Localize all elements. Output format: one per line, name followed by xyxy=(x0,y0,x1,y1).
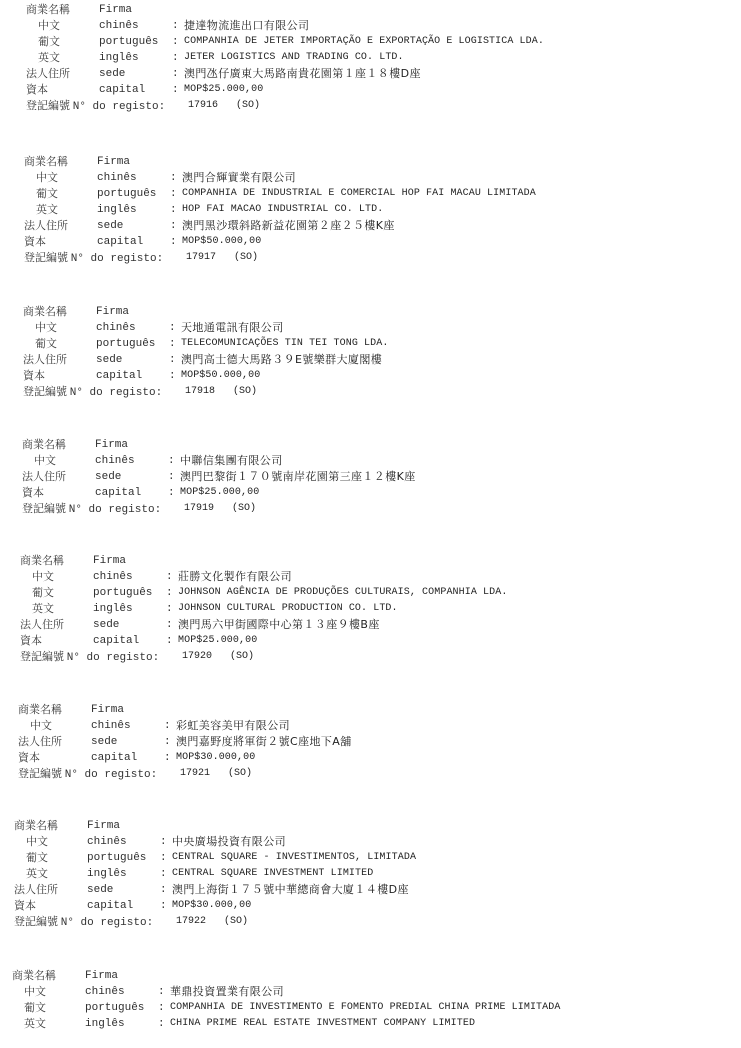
firm-label-zh: 商業名稱 xyxy=(20,553,64,569)
chinese-name-row: 中文chinês:捷達物流進出口有限公司 xyxy=(26,18,741,34)
colon: : xyxy=(166,633,173,649)
seat-label-pt: sede xyxy=(87,882,113,898)
registry-row: 登記編號 N° do registo:17920(SO) xyxy=(20,649,740,665)
firm-heading: 商業名稱Firma xyxy=(22,437,741,453)
colon: : xyxy=(160,866,167,882)
chinese-label-pt: chinês xyxy=(85,984,125,1000)
portuguese-label-zh: 葡文 xyxy=(38,34,60,50)
firm-label-pt: Firma xyxy=(97,154,130,170)
portuguese-name-value: CENTRAL SQUARE - INVESTIMENTOS, LIMITADA xyxy=(172,850,416,866)
chinese-name-value: 中央廣場投資有限公司 xyxy=(172,834,286,850)
portuguese-name-value: JOHNSON AGÊNCIA DE PRODUÇÕES CULTURAIS, … xyxy=(178,585,507,601)
seat-label-zh: 法人住所 xyxy=(26,66,70,82)
chinese-label-zh: 中文 xyxy=(35,320,57,336)
seat-value: 澳門馬六甲街國際中心第１３座９樓B座 xyxy=(178,617,380,633)
capital-value: MOP$30.000,00 xyxy=(176,750,255,766)
capital-row: 資本capital:MOP$25.000,00 xyxy=(22,485,741,501)
chinese-name-row: 中文chinês:天地通電訊有限公司 xyxy=(23,320,741,336)
chinese-label-pt: chinês xyxy=(96,320,136,336)
portuguese-label-zh: 葡文 xyxy=(32,585,54,601)
english-label-pt: inglês xyxy=(87,866,127,882)
portuguese-name-row: 葡文português:COMPANHIA DE INDUSTRIAL E CO… xyxy=(24,186,741,202)
english-label-pt: inglês xyxy=(99,50,139,66)
firm-label-pt: Firma xyxy=(91,702,124,718)
colon: : xyxy=(160,834,167,850)
capital-label-zh: 資本 xyxy=(23,368,45,384)
colon: : xyxy=(170,234,177,250)
firm-label-pt: Firma xyxy=(95,437,128,453)
colon: : xyxy=(170,202,177,218)
colon: : xyxy=(169,368,176,384)
registry-row: 登記編號 N° do registo:17918(SO) xyxy=(23,384,741,400)
colon: : xyxy=(160,850,167,866)
firm-heading: 商業名稱Firma xyxy=(24,154,741,170)
registry-tag: (SO) xyxy=(236,98,260,114)
colon: : xyxy=(160,882,167,898)
firm-heading: 商業名稱Firma xyxy=(26,2,741,18)
registry-label-zh: 登記編號 xyxy=(24,251,68,264)
chinese-label-zh: 中文 xyxy=(30,718,52,734)
registry-label-zh: 登記編號 xyxy=(20,650,64,663)
portuguese-label-zh: 葡文 xyxy=(26,850,48,866)
colon: : xyxy=(169,352,176,368)
colon: : xyxy=(172,66,179,82)
capital-value: MOP$25.000,00 xyxy=(178,633,257,649)
portuguese-label-zh: 葡文 xyxy=(35,336,57,352)
registry-number: 17916 xyxy=(188,98,218,114)
seat-value: 澳門嘉野度將軍街２號C座地下A舖 xyxy=(176,734,352,750)
seat-label-pt: sede xyxy=(99,66,125,82)
registry-tag: (SO) xyxy=(232,501,256,517)
colon: : xyxy=(164,718,171,734)
colon: : xyxy=(164,734,171,750)
registry-tag: (SO) xyxy=(224,914,248,930)
company-entry-17920: 商業名稱Firma 中文chinês:莊勝文化製作有限公司 葡文portuguê… xyxy=(20,553,740,665)
company-entry-17918: 商業名稱Firma 中文chinês:天地通電訊有限公司 葡文português… xyxy=(23,304,741,400)
colon: : xyxy=(166,585,173,601)
registry-label: 登記編號 N° do registo: xyxy=(23,384,162,401)
portuguese-name-value: COMPANHIA DE INDUSTRIAL E COMERCIAL HOP … xyxy=(182,186,536,202)
firm-label-pt: Firma xyxy=(99,2,132,18)
capital-label-zh: 資本 xyxy=(20,633,42,649)
firm-label-zh: 商業名稱 xyxy=(18,702,62,718)
capital-label-zh: 資本 xyxy=(14,898,36,914)
registry-number: 17917 xyxy=(186,250,216,266)
registry-label-pt: N° do registo: xyxy=(61,917,153,929)
registry-label-zh: 登記編號 xyxy=(26,99,70,112)
firm-label-zh: 商業名稱 xyxy=(14,818,58,834)
firm-label-pt: Firma xyxy=(87,818,120,834)
portuguese-name-row: 葡文português:TELECOMUNICAÇÕES TIN TEI TON… xyxy=(23,336,741,352)
colon: : xyxy=(166,601,173,617)
chinese-label-zh: 中文 xyxy=(38,18,60,34)
colon: : xyxy=(169,336,176,352)
portuguese-name-row: 葡文português:JOHNSON AGÊNCIA DE PRODUÇÕES… xyxy=(20,585,740,601)
chinese-label-zh: 中文 xyxy=(34,453,56,469)
capital-label-zh: 資本 xyxy=(24,234,46,250)
colon: : xyxy=(158,1016,165,1032)
chinese-name-row: 中文chinês:中央廣場投資有限公司 xyxy=(14,834,734,850)
portuguese-label-pt: português xyxy=(99,34,158,50)
colon: : xyxy=(168,485,175,501)
chinese-name-value: 澳門合輝實業有限公司 xyxy=(182,170,296,186)
seat-label-pt: sede xyxy=(91,734,117,750)
colon: : xyxy=(158,984,165,1000)
chinese-label-pt: chinês xyxy=(99,18,139,34)
chinese-name-value: 中聯信集團有限公司 xyxy=(180,453,283,469)
english-name-value: JOHNSON CULTURAL PRODUCTION CO. LTD. xyxy=(178,601,398,617)
company-entry-china-prime: 商業名稱Firma 中文chinês:華鼎投資置業有限公司 葡文portuguê… xyxy=(12,968,732,1032)
company-entry-17922: 商業名稱Firma 中文chinês:中央廣場投資有限公司 葡文portuguê… xyxy=(14,818,734,930)
firm-heading: 商業名稱Firma xyxy=(14,818,734,834)
english-name-row: 英文inglês:CHINA PRIME REAL ESTATE INVESTM… xyxy=(12,1016,732,1032)
chinese-name-value: 彩虹美容美甲有限公司 xyxy=(176,718,290,734)
capital-label-pt: capital xyxy=(93,633,139,649)
registry-label: 登記編號 N° do registo: xyxy=(26,98,165,115)
colon: : xyxy=(172,18,179,34)
seat-label-zh: 法人住所 xyxy=(23,352,67,368)
chinese-name-value: 天地通電訊有限公司 xyxy=(181,320,284,336)
chinese-label-zh: 中文 xyxy=(36,170,58,186)
registry-label-zh: 登記編號 xyxy=(22,502,66,515)
chinese-label-pt: chinês xyxy=(95,453,135,469)
chinese-label-zh: 中文 xyxy=(26,834,48,850)
registry-tag: (SO) xyxy=(233,384,257,400)
capital-label-zh: 資本 xyxy=(26,82,48,98)
registry-number: 17919 xyxy=(184,501,214,517)
seat-value: 澳門巴黎街１７０號南岸花園第三座１２樓K座 xyxy=(180,469,416,485)
english-name-row: 英文inglês:HOP FAI MACAO INDUSTRIAL CO. LT… xyxy=(24,202,741,218)
company-entry-17917: 商業名稱Firma 中文chinês:澳門合輝實業有限公司 葡文portuguê… xyxy=(24,154,741,266)
firm-label-pt: Firma xyxy=(96,304,129,320)
chinese-label-zh: 中文 xyxy=(24,984,46,1000)
seat-row: 法人住所sede:澳門上海街１７５號中華總商會大廈１４樓D座 xyxy=(14,882,734,898)
capital-value: MOP$25.000,00 xyxy=(184,82,263,98)
capital-label-pt: capital xyxy=(95,485,141,501)
chinese-label-pt: chinês xyxy=(93,569,133,585)
seat-row: 法人住所sede:澳門巴黎街１７０號南岸花園第三座１２樓K座 xyxy=(22,469,741,485)
capital-value: MOP$50.000,00 xyxy=(182,234,261,250)
chinese-label-pt: chinês xyxy=(87,834,127,850)
english-label-pt: inglês xyxy=(85,1016,125,1032)
seat-label-pt: sede xyxy=(95,469,121,485)
portuguese-name-row: 葡文português:CENTRAL SQUARE - INVESTIMENT… xyxy=(14,850,734,866)
firm-label-pt: Firma xyxy=(93,553,126,569)
capital-label-zh: 資本 xyxy=(22,485,44,501)
firm-heading: 商業名稱Firma xyxy=(12,968,732,984)
registry-label-pt: N° do registo: xyxy=(71,253,163,265)
registry-label-pt: N° do registo: xyxy=(70,387,162,399)
registry-label: 登記編號 N° do registo: xyxy=(24,250,163,267)
portuguese-label-pt: português xyxy=(87,850,146,866)
firm-label-zh: 商業名稱 xyxy=(12,968,56,984)
chinese-name-row: 中文chinês:莊勝文化製作有限公司 xyxy=(20,569,740,585)
colon: : xyxy=(170,170,177,186)
firm-label-zh: 商業名稱 xyxy=(22,437,66,453)
portuguese-name-value: TELECOMUNICAÇÕES TIN TEI TONG LDA. xyxy=(181,336,388,352)
registry-label-zh: 登記編號 xyxy=(14,915,58,928)
registry-label-zh: 登記編號 xyxy=(18,767,62,780)
english-name-row: 英文inglês:CENTRAL SQUARE INVESTMENT LIMIT… xyxy=(14,866,734,882)
registry-label-pt: N° do registo: xyxy=(67,652,159,664)
english-name-value: JETER LOGISTICS AND TRADING CO. LTD. xyxy=(184,50,404,66)
colon: : xyxy=(172,34,179,50)
english-label-pt: inglês xyxy=(97,202,137,218)
colon: : xyxy=(166,569,173,585)
seat-row: 法人住所sede:澳門氹仔廣東大馬路南貴花園第１座１８樓D座 xyxy=(26,66,741,82)
portuguese-name-value: COMPANHIA DE JETER IMPORTAÇÃO E EXPORTAÇ… xyxy=(184,34,544,50)
firm-label-pt: Firma xyxy=(85,968,118,984)
portuguese-label-pt: português xyxy=(97,186,156,202)
colon: : xyxy=(172,50,179,66)
firm-heading: 商業名稱Firma xyxy=(18,702,738,718)
registry-tag: (SO) xyxy=(234,250,258,266)
capital-label-pt: capital xyxy=(99,82,145,98)
registry-row: 登記編號 N° do registo:17919(SO) xyxy=(22,501,741,517)
capital-label-pt: capital xyxy=(97,234,143,250)
colon: : xyxy=(170,186,177,202)
chinese-name-row: 中文chinês:中聯信集團有限公司 xyxy=(22,453,741,469)
registry-label-zh: 登記編號 xyxy=(23,385,67,398)
registry-number: 17918 xyxy=(185,384,215,400)
chinese-name-row: 中文chinês:彩虹美容美甲有限公司 xyxy=(18,718,738,734)
seat-label-pt: sede xyxy=(97,218,123,234)
seat-value: 澳門上海街１７５號中華總商會大廈１４樓D座 xyxy=(172,882,409,898)
english-label-zh: 英文 xyxy=(36,202,58,218)
english-label-zh: 英文 xyxy=(26,866,48,882)
chinese-label-pt: chinês xyxy=(97,170,137,186)
seat-label-zh: 法人住所 xyxy=(18,734,62,750)
company-entry-17921: 商業名稱Firma 中文chinês:彩虹美容美甲有限公司 法人住所sede:澳… xyxy=(18,702,738,782)
colon: : xyxy=(170,218,177,234)
english-name-row: 英文inglês:JETER LOGISTICS AND TRADING CO.… xyxy=(26,50,741,66)
colon: : xyxy=(164,750,171,766)
colon: : xyxy=(172,82,179,98)
colon: : xyxy=(168,469,175,485)
english-name-value: CHINA PRIME REAL ESTATE INVESTMENT COMPA… xyxy=(170,1016,475,1032)
registry-row: 登記編號 N° do registo:17922(SO) xyxy=(14,914,734,930)
capital-row: 資本capital:MOP$30.000,00 xyxy=(14,898,734,914)
registry-label-pt: N° do registo: xyxy=(73,101,165,113)
portuguese-label-pt: português xyxy=(93,585,152,601)
portuguese-label-pt: português xyxy=(96,336,155,352)
capital-value: MOP$30.000,00 xyxy=(172,898,251,914)
chinese-name-row: 中文chinês:澳門合輝實業有限公司 xyxy=(24,170,741,186)
colon: : xyxy=(160,898,167,914)
capital-row: 資本capital:MOP$50.000,00 xyxy=(24,234,741,250)
seat-row: 法人住所sede:澳門馬六甲街國際中心第１３座９樓B座 xyxy=(20,617,740,633)
capital-row: 資本capital:MOP$30.000,00 xyxy=(18,750,738,766)
company-entry-17919: 商業名稱Firma 中文chinês:中聯信集團有限公司 法人住所sede:澳門… xyxy=(22,437,741,517)
capital-row: 資本capital:MOP$25.000,00 xyxy=(20,633,740,649)
colon: : xyxy=(158,1000,165,1016)
firm-heading: 商業名稱Firma xyxy=(20,553,740,569)
registry-number: 17922 xyxy=(176,914,206,930)
seat-label-pt: sede xyxy=(93,617,119,633)
portuguese-name-value: COMPANHIA DE INVESTIMENTO E FOMENTO PRED… xyxy=(170,1000,560,1016)
chinese-name-row: 中文chinês:華鼎投資置業有限公司 xyxy=(12,984,732,1000)
english-label-pt: inglês xyxy=(93,601,133,617)
seat-value: 澳門黑沙環斜路新益花園第２座２５樓K座 xyxy=(182,218,395,234)
capital-label-pt: capital xyxy=(91,750,137,766)
registry-row: 登記編號 N° do registo:17916(SO) xyxy=(26,98,741,114)
seat-row: 法人住所sede:澳門黑沙環斜路新益花園第２座２５樓K座 xyxy=(24,218,741,234)
registry-number: 17921 xyxy=(180,766,210,782)
seat-row: 法人住所sede:澳門高士德大馬路３９E號樂群大廈閣樓 xyxy=(23,352,741,368)
registry-label: 登記編號 N° do registo: xyxy=(22,501,161,518)
portuguese-name-row: 葡文português:COMPANHIA DE INVESTIMENTO E … xyxy=(12,1000,732,1016)
english-name-value: CENTRAL SQUARE INVESTMENT LIMITED xyxy=(172,866,373,882)
registry-tag: (SO) xyxy=(228,766,252,782)
firm-label-zh: 商業名稱 xyxy=(24,154,68,170)
english-label-zh: 英文 xyxy=(38,50,60,66)
registry-label-pt: N° do registo: xyxy=(65,769,157,781)
colon: : xyxy=(168,453,175,469)
chinese-label-pt: chinês xyxy=(91,718,131,734)
registry-label: 登記編號 N° do registo: xyxy=(14,914,153,931)
capital-value: MOP$50.000,00 xyxy=(181,368,260,384)
capital-label-pt: capital xyxy=(96,368,142,384)
seat-label-zh: 法人住所 xyxy=(14,882,58,898)
gazette-page: 商業名稱Firma 中文chinês:捷達物流進出口有限公司 葡文portugu… xyxy=(0,0,741,1048)
chinese-name-value: 捷達物流進出口有限公司 xyxy=(184,18,309,34)
registry-row: 登記編號 N° do registo:17917(SO) xyxy=(24,250,741,266)
chinese-name-value: 莊勝文化製作有限公司 xyxy=(178,569,292,585)
firm-heading: 商業名稱Firma xyxy=(23,304,741,320)
portuguese-label-zh: 葡文 xyxy=(36,186,58,202)
english-name-row: 英文inglês:JOHNSON CULTURAL PRODUCTION CO.… xyxy=(20,601,740,617)
colon: : xyxy=(169,320,176,336)
chinese-label-zh: 中文 xyxy=(32,569,54,585)
company-entry-17916: 商業名稱Firma 中文chinês:捷達物流進出口有限公司 葡文portugu… xyxy=(26,2,741,114)
registry-label-pt: N° do registo: xyxy=(69,504,161,516)
registry-tag: (SO) xyxy=(230,649,254,665)
registry-label: 登記編號 N° do registo: xyxy=(18,766,157,783)
portuguese-label-pt: português xyxy=(85,1000,144,1016)
seat-value: 澳門氹仔廣東大馬路南貴花園第１座１８樓D座 xyxy=(184,66,421,82)
registry-number: 17920 xyxy=(182,649,212,665)
registry-row: 登記編號 N° do registo:17921(SO) xyxy=(18,766,738,782)
capital-row: 資本capital:MOP$50.000,00 xyxy=(23,368,741,384)
capital-label-pt: capital xyxy=(87,898,133,914)
seat-label-zh: 法人住所 xyxy=(20,617,64,633)
registry-label: 登記編號 N° do registo: xyxy=(20,649,159,666)
colon: : xyxy=(166,617,173,633)
seat-value: 澳門高士德大馬路３９E號樂群大廈閣樓 xyxy=(181,352,382,368)
seat-label-zh: 法人住所 xyxy=(22,469,66,485)
english-name-value: HOP FAI MACAO INDUSTRIAL CO. LTD. xyxy=(182,202,383,218)
seat-label-zh: 法人住所 xyxy=(24,218,68,234)
seat-label-pt: sede xyxy=(96,352,122,368)
firm-label-zh: 商業名稱 xyxy=(23,304,67,320)
seat-row: 法人住所sede:澳門嘉野度將軍街２號C座地下A舖 xyxy=(18,734,738,750)
english-label-zh: 英文 xyxy=(24,1016,46,1032)
chinese-name-value: 華鼎投資置業有限公司 xyxy=(170,984,284,1000)
capital-value: MOP$25.000,00 xyxy=(180,485,259,501)
capital-label-zh: 資本 xyxy=(18,750,40,766)
english-label-zh: 英文 xyxy=(32,601,54,617)
portuguese-name-row: 葡文português:COMPANHIA DE JETER IMPORTAÇÃ… xyxy=(26,34,741,50)
capital-row: 資本capital:MOP$25.000,00 xyxy=(26,82,741,98)
portuguese-label-zh: 葡文 xyxy=(24,1000,46,1016)
firm-label-zh: 商業名稱 xyxy=(26,2,70,18)
